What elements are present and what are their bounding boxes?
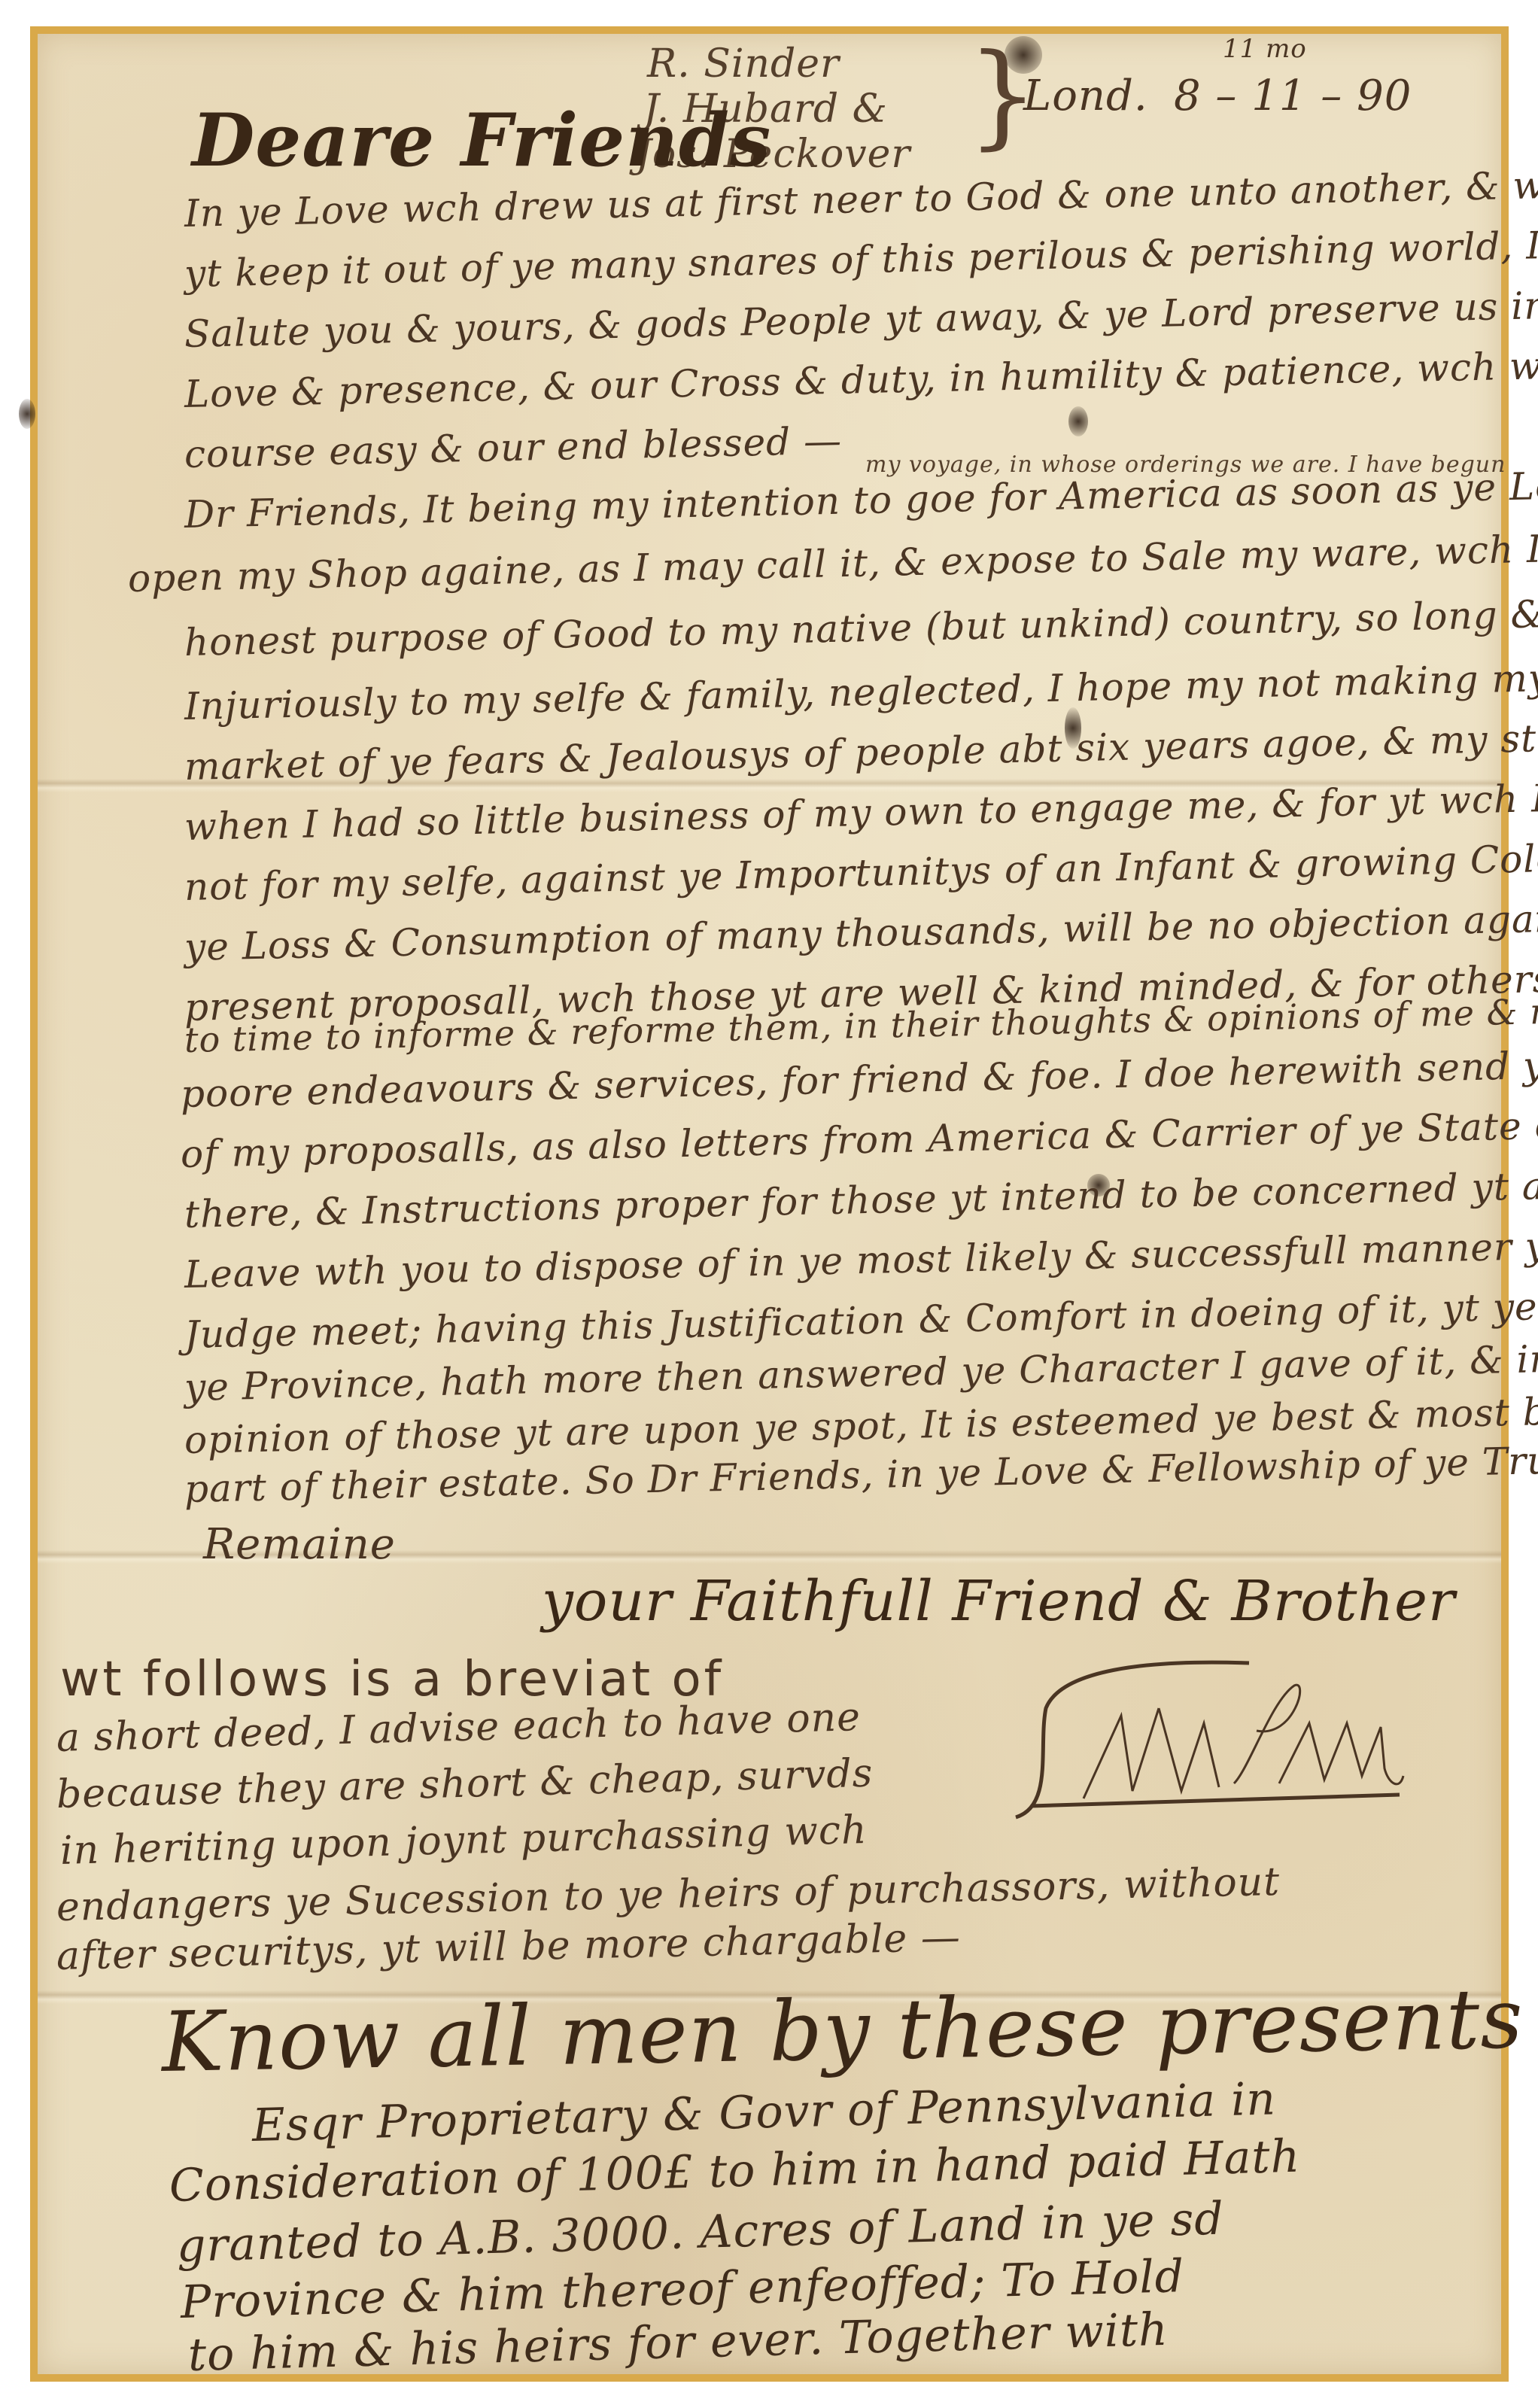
date-superscript: 11 mo: [1223, 34, 1307, 64]
ink-blot: [1068, 406, 1088, 436]
date-value: 8 – 11 – 90: [1174, 71, 1412, 120]
signature: Wm Penn: [1008, 1655, 1430, 1829]
salutation: Deare Friends: [192, 98, 771, 183]
postscript-line: wt follows is a breviat of: [60, 1652, 724, 1707]
addressee-1: R. Sinder: [647, 41, 840, 87]
ink-blot: [19, 399, 35, 429]
closing-remaine: Remaine: [203, 1520, 396, 1569]
closing-sign-off: your Faithfull Friend & Brother: [542, 1569, 1455, 1634]
date-place: Lond.: [1023, 71, 1148, 120]
